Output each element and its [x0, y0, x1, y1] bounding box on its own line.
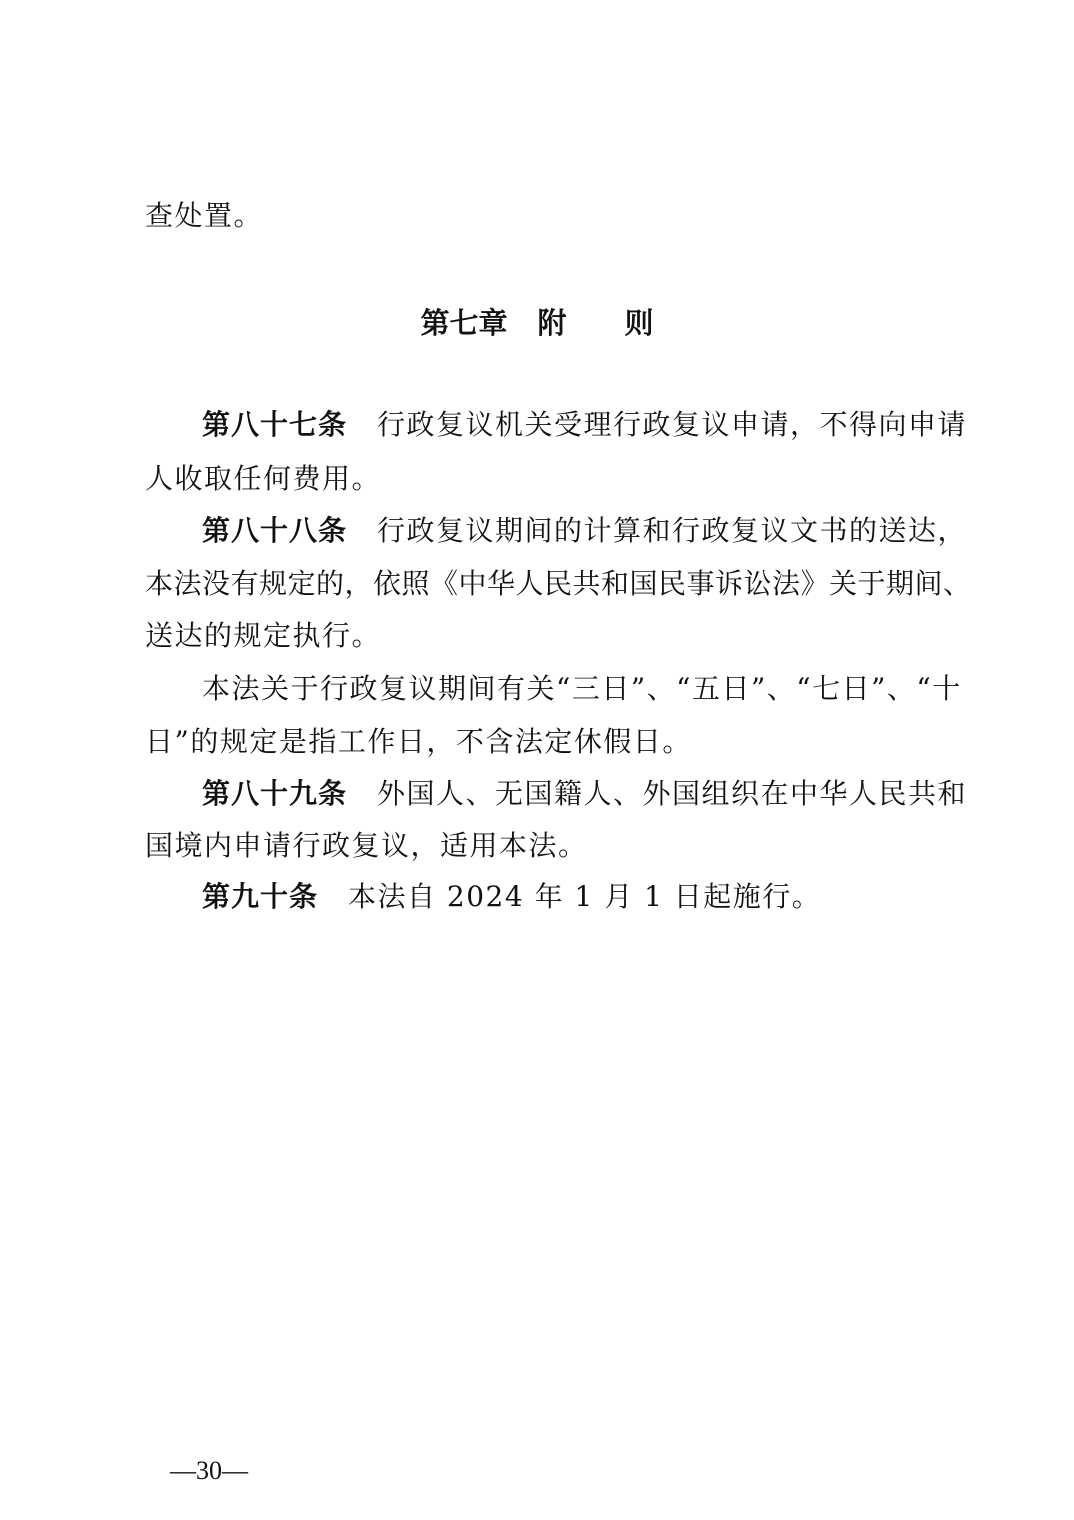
chapter-number: 第七章 [420, 306, 507, 340]
article-label: 第八十八条 [202, 514, 347, 547]
article-text: 行政复议期间的计算和行政复议文书的送达， [377, 514, 967, 547]
article-88-line3: 送达的规定执行。 [145, 619, 945, 653]
article-89: 第八十九条外国人、无国籍人、外国组织在中华人民共和 [202, 777, 1002, 811]
article-label: 第八十七条 [202, 408, 347, 441]
page-number: —30— [170, 1456, 248, 1486]
article-text: 外国人、无国籍人、外国组织在中华人民共和 [377, 777, 967, 810]
article-88: 第八十八条行政复议期间的计算和行政复议文书的送达， [202, 514, 1002, 548]
continuation-text: 查处置。 [145, 199, 945, 233]
article-88-line2: 本法没有规定的，依照《中华人民共和国民事诉讼法》关于期间、 [145, 567, 945, 601]
chapter-heading: 第七章附则 [0, 306, 1074, 340]
article-label: 第八十九条 [202, 777, 347, 810]
article-text: 本法自 2024 年 1 月 1 日起施行。 [348, 880, 821, 913]
article-87: 第八十七条行政复议机关受理行政复议申请，不得向申请 [202, 408, 1002, 442]
article-label: 第九十条 [202, 880, 318, 913]
chapter-title-part1: 附 [537, 306, 566, 340]
article-88-para2-line1: 本法关于行政复议期间有关“三日”、“五日”、“七日”、“十 [202, 672, 1002, 706]
chapter-title-part2: 则 [625, 306, 654, 340]
article-87-line2: 人收取任何费用。 [145, 462, 945, 496]
document-page: 查处置。 第七章附则 第八十七条行政复议机关受理行政复议申请，不得向申请 人收取… [0, 0, 1074, 1520]
article-89-line2: 国境内申请行政复议，适用本法。 [145, 829, 945, 863]
article-90: 第九十条本法自 2024 年 1 月 1 日起施行。 [202, 880, 1002, 914]
article-88-para2-line2: 日”的规定是指工作日，不含法定休假日。 [145, 725, 945, 759]
article-text: 行政复议机关受理行政复议申请，不得向申请 [377, 408, 967, 441]
